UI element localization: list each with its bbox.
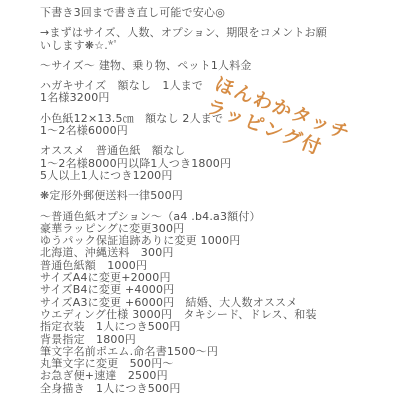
paragraph-shipping-note: ❋定形外郵便送料一律500円 [40, 190, 390, 202]
text-line: 5人以上1人につき1200円 [40, 170, 390, 182]
text-line: 〜普通色紙オプション〜（a4 .b4.a3額付） [40, 211, 390, 223]
text-line: 背景指定 1800円 [40, 334, 390, 346]
paragraph-size-heading: 〜サイズ〜 建物、乗り物、ペット1人料金 [40, 60, 390, 72]
paragraph-intro: 下書き3回まで書き直し可能で安心◎ [40, 7, 390, 19]
text-line: 1〜2名様6000円 [40, 125, 390, 137]
text-line: →まずはサイズ、人数、オプション、期限をコメントお願 [40, 27, 390, 39]
text-line: 〜サイズ〜 建物、乗り物、ペット1人料金 [40, 60, 390, 72]
paragraph-request: →まずはサイズ、人数、オプション、期限をコメントお願 いします❋☆.*ﾟ [40, 27, 390, 52]
text-line: 1名様3200円 [40, 92, 390, 104]
text-line: 全身描き 1人につき500円 [40, 383, 390, 395]
text-line: ❋定形外郵便送料一律500円 [40, 190, 390, 202]
listing-description-text: 下書き3回まで書き直し可能で安心◎ →まずはサイズ、人数、オプション、期限をコメ… [40, 7, 390, 397]
text-line: いします❋☆.*ﾟ [40, 40, 390, 52]
text-line: サイズB4に変更 +4000円 [40, 284, 390, 296]
paragraph-options: 〜普通色紙オプション〜（a4 .b4.a3額付） 豪華ラッピングに変更300円 … [40, 211, 390, 395]
paragraph-hagaki-size: ハガキサイズ 額なし 1人まで 1名様3200円 [40, 80, 390, 105]
text-line: オススメ 普通色紙 額なし [40, 145, 390, 157]
text-line: お急ぎ便+速達 2500円 [40, 370, 390, 382]
text-line: 北海道、沖縄送料 300円 [40, 247, 390, 259]
paragraph-small-shikishi: 小色紙12×13.5㎝ 額なし 2人まで 1〜2名様6000円 [40, 113, 390, 138]
text-line: 下書き3回まで書き直し可能で安心◎ [40, 7, 390, 19]
paragraph-recommended: オススメ 普通色紙 額なし 1〜2名様8000円以降1人つき1800円 5人以上… [40, 145, 390, 182]
text-line: 指定衣装 1人につき500円 [40, 321, 390, 333]
